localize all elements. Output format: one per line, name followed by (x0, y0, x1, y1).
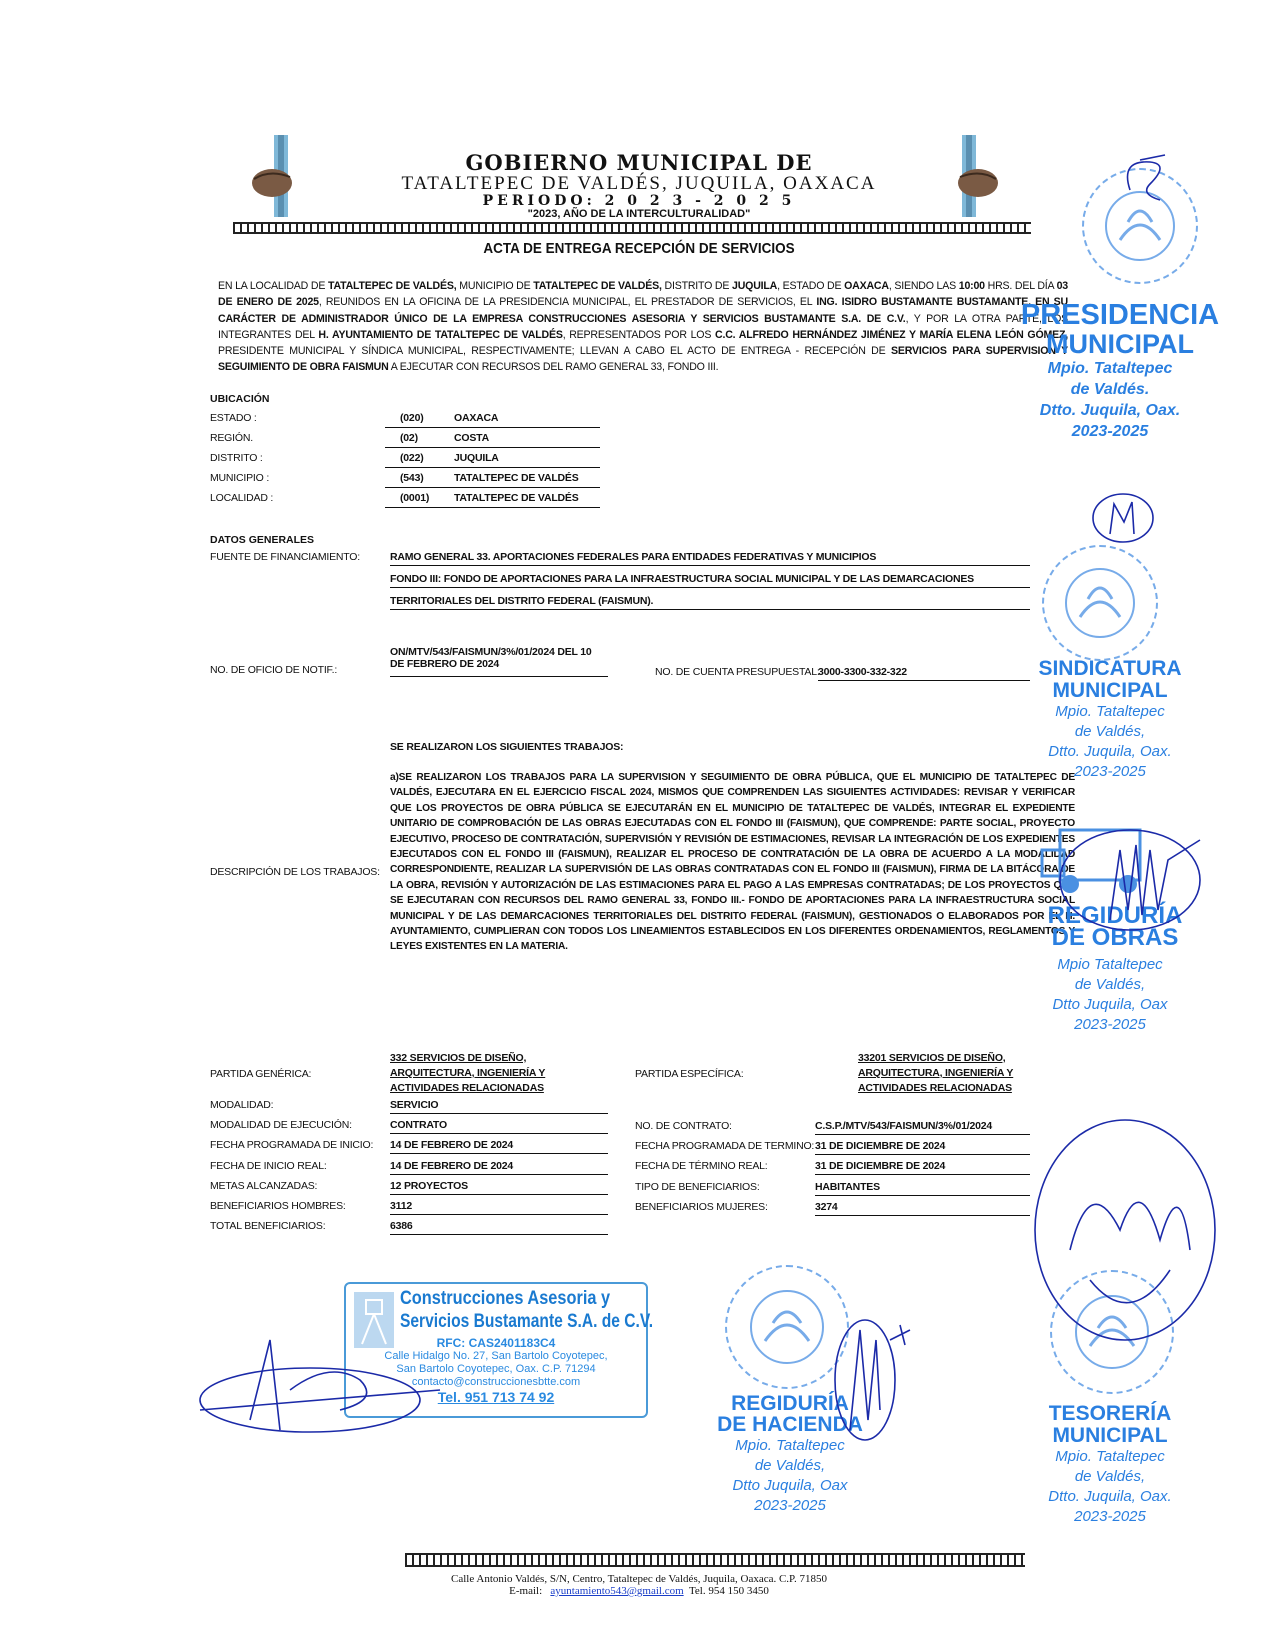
stamp-line: de Valdés. (1020, 379, 1200, 400)
presidencia-signature (1110, 150, 1180, 210)
detail-label: BENEFICIARIOS HOMBRES: (210, 1200, 346, 1212)
ubicacion-label: ESTADO : (210, 412, 257, 424)
obras-signature (1050, 820, 1210, 950)
stamp-line: de Valdés, (1010, 722, 1210, 742)
stamp-line: 2023-2025 (1010, 1507, 1210, 1527)
intro-paragraph: En la localidad de TATALTEPEC DE VALDÉS,… (218, 278, 1068, 376)
detail-row: MODALIDAD:SERVICIO (210, 1097, 610, 1117)
ubicacion-label: REGIÓN. (210, 432, 253, 444)
descripcion-text: a)SE REALIZARON LOS TRABAJOS PARA LA SUP… (390, 770, 1075, 955)
stamp-line: 2023-2025 (1010, 1015, 1210, 1035)
ubicacion-table: ESTADO :(020)OAXACAREGIÓN.(02)COSTADISTR… (210, 410, 610, 510)
greca-divider-top (233, 222, 1031, 234)
ubicacion-value: COSTA (454, 432, 489, 444)
stamp-line: Mpio. Tataltepec (1010, 1447, 1210, 1467)
ubicacion-label: LOCALIDAD : (210, 492, 273, 504)
oficio-value-line-1: ON/MTV/543/FAISMUN/3%/01/2024 DEL 10 (390, 646, 608, 658)
ubicacion-row: LOCALIDAD :(0001)TATALTEPEC DE VALDÉS (210, 490, 610, 510)
detail-value: 3274 (815, 1201, 1030, 1216)
detalles-left: MODALIDAD:SERVICIOMODALIDAD DE EJECUCIÓN… (210, 1097, 610, 1238)
stamp-line: Dtto Juquila, Oax (700, 1476, 880, 1496)
detail-value: C.S.P./MTV/543/FAISMUN/3%/01/2024 (815, 1120, 1030, 1135)
ubicacion-heading: UBICACIÓN (210, 393, 270, 405)
sindicatura-seal (1042, 545, 1158, 661)
partida-especifica-value: 33201 SERVICIOS DE DISEÑO, ARQUITECTURA,… (858, 1051, 1033, 1096)
footer-phone: Tel. 954 150 3450 (689, 1585, 769, 1597)
intro-bold-segment: TATALTEPEC DE VALDÉS, (533, 280, 662, 292)
footer-address: Calle Antonio Valdés, S/N, Centro, Tatal… (0, 1573, 1278, 1585)
stamp-line: MUNICIPAL (1010, 680, 1210, 702)
oficio-label: NO. DE OFICIO DE NOTIF.: (210, 664, 337, 676)
intro-segment: , reunidos en la oficina de la presidenc… (319, 296, 817, 308)
obras-stamp-location: Mpio Tataltepec de Valdés, Dtto Juquila,… (1010, 955, 1210, 1035)
stamp-line: de Valdés, (1010, 1467, 1210, 1487)
fuente-line-1: RAMO GENERAL 33. APORTACIONES FEDERALES … (390, 551, 1030, 566)
detail-label: FECHA DE TÉRMINO REAL: (635, 1160, 768, 1172)
detail-label: FECHA PROGRAMADA DE INICIO: (210, 1139, 373, 1151)
partida-generica-value: 332 SERVICIOS DE DISEÑO, ARQUITECTURA, I… (390, 1051, 565, 1096)
intro-bold-segment: JUQUILA (732, 280, 777, 292)
detail-value: 6386 (390, 1220, 608, 1235)
detail-row: TIPO DE BENEFICIARIOS:HABITANTES (635, 1179, 1040, 1199)
document-title: ACTA DE ENTREGA RECEPCIÓN DE SERVICIOS (64, 240, 1214, 257)
ubicacion-label: MUNICIPIO : (210, 472, 269, 484)
stamp-line: 2023-2025 (1010, 762, 1210, 782)
stamp-line: MUNICIPAL (1010, 1425, 1210, 1447)
detail-label: FECHA DE INICIO REAL: (210, 1160, 327, 1172)
detail-row: NO. DE CONTRATO:C.S.P./MTV/543/FAISMUN/3… (635, 1118, 1040, 1138)
intro-bold-segment: C.C. ALFREDO HERNÁNDEZ JIMÉNEZ Y MARÍA E… (715, 329, 1068, 341)
detail-value: 12 PROYECTOS (390, 1180, 608, 1195)
intro-segment: hrs. del día (985, 280, 1057, 292)
ubicacion-code: (543) (400, 472, 424, 484)
partida-especifica-label: PARTIDA ESPECÍFICA: (635, 1068, 743, 1080)
sindicatura-stamp-text: SINDICATURA MUNICIPAL (1010, 658, 1210, 702)
detail-value: CONTRATO (390, 1119, 608, 1134)
sindicatura-signature (1088, 490, 1158, 550)
presidencia-stamp-text: PRESIDENCIA MUNICIPAL (1020, 300, 1220, 358)
trabajos-heading: SE REALIZARON LOS SIGUIENTES TRABAJOS: (390, 741, 623, 753)
footer-email-label: E-mail: (509, 1585, 542, 1597)
presidencia-stamp-location: Mpio. Tataltepec de Valdés. Dtto. Juquil… (1020, 358, 1200, 442)
footer-contact: E-mail: ayuntamiento543@gmail.com Tel. 9… (0, 1585, 1278, 1597)
intro-segment: , siendo las (889, 280, 959, 292)
detail-row: FECHA PROGRAMADA DE TERMINO:31 DE DICIEM… (635, 1138, 1040, 1158)
intro-segment: a ejecutar con recursos del ramo general… (389, 361, 719, 373)
fuente-line-3: TERRITORIALES DEL DISTRITO FEDERAL (FAIS… (390, 595, 1030, 610)
stamp-line: MUNICIPAL (1020, 330, 1220, 358)
ubicacion-row: ESTADO :(020)OAXACA (210, 410, 610, 430)
ubicacion-row: MUNICIPIO :(543)TATALTEPEC DE VALDÉS (210, 470, 610, 490)
stamp-line: SINDICATURA (1010, 658, 1210, 680)
ubicacion-code: (0001) (400, 492, 429, 504)
oficio-value-line-2: DE FEBRERO DE 2024 (390, 658, 608, 670)
detail-row: BENEFICIARIOS HOMBRES:3112 (210, 1198, 610, 1218)
detail-label: NO. DE CONTRATO: (635, 1120, 732, 1132)
tesoreria-signature (1030, 1110, 1220, 1400)
ubicacion-value: TATALTEPEC DE VALDÉS (454, 472, 579, 484)
fuente-label: FUENTE DE FINANCIAMIENTO: (210, 551, 360, 563)
stamp-line: de Valdés, (700, 1456, 880, 1476)
ubicacion-label: DISTRITO : (210, 452, 263, 464)
cuenta-value: 3000-3300-332-322 (818, 666, 1030, 681)
hacienda-signature (820, 1310, 920, 1450)
detail-label: METAS ALCANZADAS: (210, 1180, 317, 1192)
stamp-line: Dtto Juquila, Oax (1010, 995, 1210, 1015)
intro-bold-segment: H. AYUNTAMIENTO DE TATALTEPEC DE VALDÉS (318, 329, 562, 341)
detail-row: MODALIDAD DE EJECUCIÓN:CONTRATO (210, 1117, 610, 1137)
ubicacion-row: REGIÓN.(02)COSTA (210, 430, 610, 450)
tesoreria-stamp-text: TESORERÍA MUNICIPAL (1010, 1403, 1210, 1447)
fuente-line-2: FONDO III: FONDO DE APORTACIONES PARA LA… (390, 573, 1030, 588)
intro-bold-segment: 10:00 (959, 280, 985, 292)
detail-row: FECHA PROGRAMADA DE INICIO:14 DE FEBRERO… (210, 1137, 610, 1157)
oficio-value: ON/MTV/543/FAISMUN/3%/01/2024 DEL 10 DE … (390, 646, 608, 677)
intro-bold-segment: OAXACA (844, 280, 889, 292)
tesoreria-stamp-location: Mpio. Tataltepec de Valdés, Dtto. Juquil… (1010, 1447, 1210, 1527)
intro-bold-segment: TATALTEPEC DE VALDÉS, (328, 280, 457, 292)
detail-row: BENEFICIARIOS MUJERES:3274 (635, 1199, 1040, 1219)
detail-value: 31 DE DICIEMBRE DE 2024 (815, 1160, 1030, 1175)
cuenta-label: NO. DE CUENTA PRESUPUESTAL: (655, 666, 820, 678)
detail-value: 31 DE DICIEMBRE DE 2024 (815, 1140, 1030, 1155)
intro-segment: municipio de (456, 280, 533, 292)
detail-value: 14 DE FEBRERO DE 2024 (390, 1160, 608, 1175)
detail-label: TOTAL BENEFICIARIOS: (210, 1220, 325, 1232)
ubicacion-code: (02) (400, 432, 418, 444)
stamp-line: Mpio. Tataltepec (1020, 358, 1200, 379)
stamp-line: 2023-2025 (1020, 421, 1200, 442)
ubicacion-code: (020) (400, 412, 424, 424)
company-signature (190, 1320, 470, 1450)
detail-label: FECHA PROGRAMADA DE TERMINO: (635, 1140, 814, 1152)
detail-value: SERVICIO (390, 1099, 608, 1114)
detail-value: HABITANTES (815, 1181, 1030, 1196)
intro-segment: , estado de (777, 280, 844, 292)
greca-divider-bottom (405, 1553, 1025, 1567)
ubicacion-value: JUQUILA (454, 452, 499, 464)
footer-email-link[interactable]: ayuntamiento543@gmail.com (550, 1585, 683, 1597)
detail-value: 14 DE FEBRERO DE 2024 (390, 1139, 608, 1154)
detail-label: TIPO DE BENEFICIARIOS: (635, 1181, 760, 1193)
intro-segment: , representados por los (563, 329, 715, 341)
ubicacion-value: TATALTEPEC DE VALDÉS (454, 492, 579, 504)
stamp-line: Dtto. Juquila, Oax. (1010, 742, 1210, 762)
detail-row: FECHA DE INICIO REAL:14 DE FEBRERO DE 20… (210, 1158, 610, 1178)
stamp-line: Dtto. Juquila, Oax. (1010, 1487, 1210, 1507)
stamp-line: TESORERÍA (1010, 1403, 1210, 1425)
intro-segment: presidente municipal y síndica municipal… (218, 345, 891, 357)
ubicacion-value: OAXACA (454, 412, 498, 424)
partida-generica-label: PARTIDA GENÉRICA: (210, 1068, 311, 1080)
detail-label: MODALIDAD DE EJECUCIÓN: (210, 1119, 352, 1131)
stamp-line: de Valdés, (1010, 975, 1210, 995)
intro-segment: En la localidad de (218, 280, 328, 292)
detail-value: 3112 (390, 1200, 608, 1215)
descripcion-label: DESCRIPCIÓN DE LOS TRABAJOS: (210, 866, 380, 878)
detail-row: TOTAL BENEFICIARIOS:6386 (210, 1218, 610, 1238)
sindicatura-stamp-location: Mpio. Tataltepec de Valdés, Dtto. Juquil… (1010, 702, 1210, 782)
ubicacion-code: (022) (400, 452, 424, 464)
detail-label: MODALIDAD: (210, 1099, 273, 1111)
stamp-line: 2023-2025 (700, 1496, 880, 1516)
datos-generales-heading: DATOS GENERALES (210, 534, 314, 546)
company-name-1: Construcciones Asesoria y (400, 1288, 610, 1310)
stamp-line: Mpio Tataltepec (1010, 955, 1210, 975)
intro-segment: distrito de (662, 280, 732, 292)
detail-label: BENEFICIARIOS MUJERES: (635, 1201, 768, 1213)
stamp-line: Mpio. Tataltepec (1010, 702, 1210, 722)
detail-row: METAS ALCANZADAS:12 PROYECTOS (210, 1178, 610, 1198)
detail-row: FECHA DE TÉRMINO REAL:31 DE DICIEMBRE DE… (635, 1158, 1040, 1178)
ubicacion-row: DISTRITO :(022)JUQUILA (210, 450, 610, 470)
mexican-eagle-icon (1044, 547, 1156, 659)
detalles-right: NO. DE CONTRATO:C.S.P./MTV/543/FAISMUN/3… (635, 1118, 1040, 1219)
stamp-line: PRESIDENCIA (1020, 300, 1220, 330)
stamp-line: Dtto. Juquila, Oax. (1020, 400, 1200, 421)
